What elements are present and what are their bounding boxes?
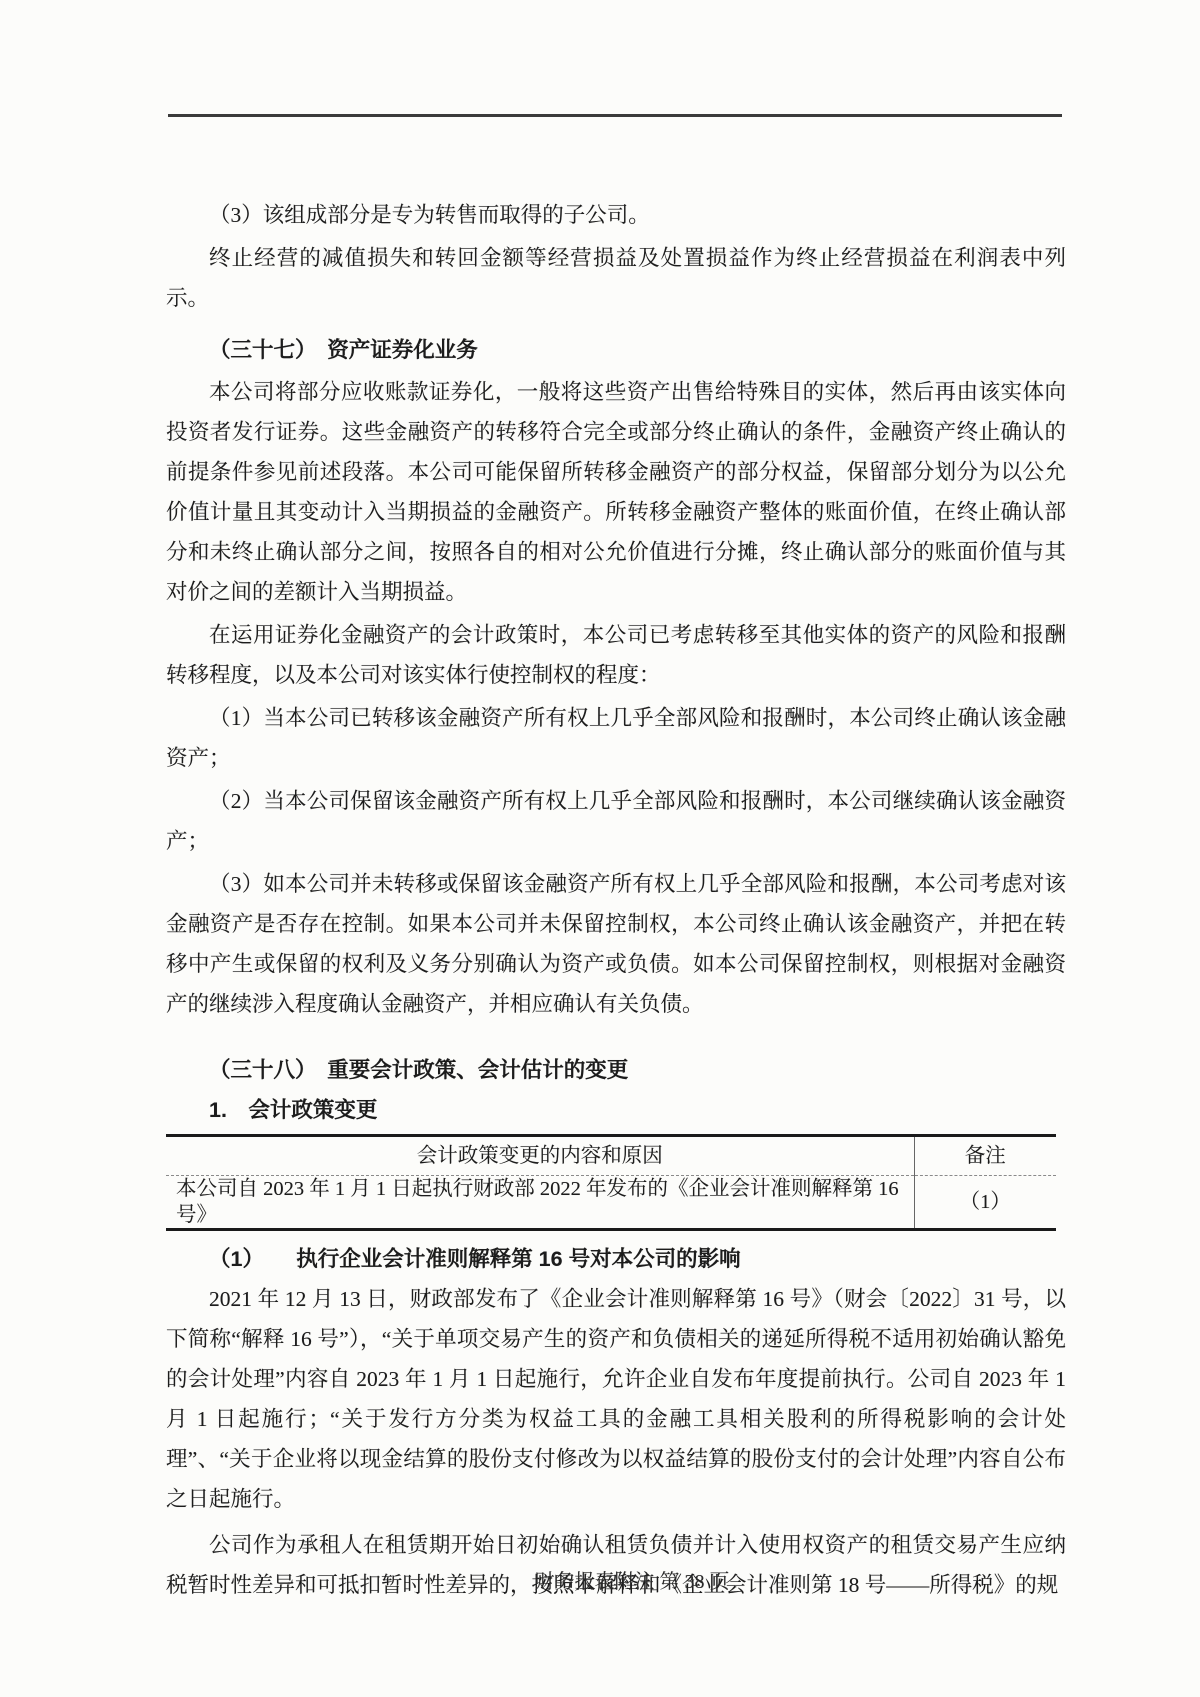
table-cell-reason: 本公司自 2023 年 1 月 1 日起执行财政部 2022 年发布的《企业会计…	[166, 1176, 914, 1230]
paragraph-condition-3: （3）如本公司并未转移或保留该金融资产所有权上几乎全部风险和报酬，本公司考虑对该…	[166, 864, 1066, 1024]
heading-38-accounting-policy-changes: （三十八） 重要会计政策、会计估计的变更	[166, 1050, 1066, 1090]
paragraph-item-3: （3）该组成部分是专为转售而取得的子公司。	[166, 195, 1066, 235]
table-row: 本公司自 2023 年 1 月 1 日起执行财政部 2022 年发布的《企业会计…	[166, 1176, 1056, 1230]
heading-38-sub1-policy-change: 1. 会计政策变更	[166, 1090, 1066, 1130]
paragraph-condition-2: （2）当本公司保留该金融资产所有权上几乎全部风险和报酬时，本公司继续确认该金融资…	[166, 781, 1066, 861]
paragraph-securitization-main: 本公司将部分应收账款证券化，一般将这些资产出售给特殊目的实体，然后再由该实体向投…	[166, 372, 1066, 612]
table-header-remark: 备注	[914, 1136, 1056, 1176]
page-footer: 财务报表附注 第 38 页	[64, 1568, 1200, 1596]
paragraph-interpretation-16-intro: 2021 年 12 月 13 日，财政部发布了《企业会计准则解释第 16 号》（…	[166, 1279, 1066, 1519]
table-cell-remark: （1）	[914, 1176, 1056, 1230]
table-header-row: 会计政策变更的内容和原因 备注	[166, 1136, 1056, 1176]
policy-change-table: 会计政策变更的内容和原因 备注 本公司自 2023 年 1 月 1 日起执行财政…	[166, 1134, 1056, 1231]
paragraph-securitization-policy: 在运用证券化金融资产的会计政策时，本公司已考虑转移至其他实体的资产的风险和报酬转…	[166, 615, 1066, 695]
paragraph-condition-1: （1）当本公司已转移该金融资产所有权上几乎全部风险和报酬时，本公司终止确认该金融…	[166, 698, 1066, 778]
heading-item1-interpretation-16-impact: （1） 执行企业会计准则解释第 16 号对本公司的影响	[166, 1239, 1066, 1279]
header-rule	[168, 114, 1062, 117]
table-header-reason: 会计政策变更的内容和原因	[166, 1136, 914, 1176]
paragraph-discontinued-operations: 终止经营的减值损失和转回金额等经营损益及处置损益作为终止经营损益在利润表中列示。	[166, 238, 1066, 318]
document-page: （3）该组成部分是专为转售而取得的子公司。 终止经营的减值损失和转回金额等经营损…	[0, 0, 1200, 1697]
page-content: （3）该组成部分是专为转售而取得的子公司。 终止经营的减值损失和转回金额等经营损…	[166, 195, 1066, 1605]
heading-37-asset-securitization: （三十七） 资产证券化业务	[166, 330, 1066, 370]
